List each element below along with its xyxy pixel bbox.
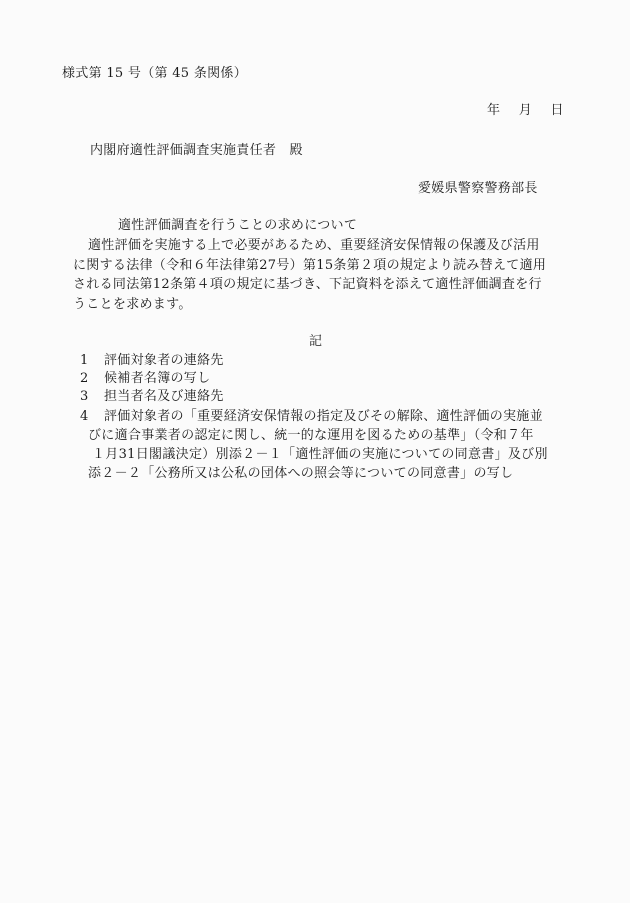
date-line: 年 月 日 bbox=[487, 103, 564, 119]
item-number: 1 bbox=[80, 353, 88, 369]
form-number: 様式第 15 号（第 45 条関係） bbox=[62, 66, 247, 82]
body-line: される同法第12条第４項の規定に基づき、下記資料を添えて適性評価調査を行 bbox=[73, 277, 542, 293]
body-line: に関する法律（令和６年法律第27号）第15条第２項の規定より読み替えて適用 bbox=[73, 258, 546, 274]
date-day-label: 日 bbox=[551, 103, 564, 118]
item-number: 2 bbox=[80, 371, 88, 387]
sender: 愛媛県警察警務部長 bbox=[418, 181, 538, 197]
addressee: 内閣府適性評価調査実施責任者 殿 bbox=[90, 143, 303, 159]
list-item: 2 候補者名簿の写し bbox=[0, 371, 630, 387]
item-continuation: 添２－２「公務所又は公私の団体への照会等についての同意書」の写し bbox=[88, 466, 513, 482]
ki-heading: 記 bbox=[309, 334, 322, 350]
item-text: 評価対象者の「重要経済安保情報の指定及びその解除、適性評価の実施並 bbox=[104, 409, 543, 425]
body-line: 適性評価を実施する上で必要があるため、重要経済安保情報の保護及び活用 bbox=[88, 238, 540, 254]
list-item: 1 評価対象者の連絡先 bbox=[0, 353, 630, 369]
subject-title: 適性評価調査を行うことの求めについて bbox=[118, 218, 357, 234]
item-number: 4 bbox=[80, 409, 88, 425]
item-text: 担当者名及び連絡先 bbox=[104, 389, 224, 405]
item-continuation: １月31日閣議決定）別添２－１「適性評価の実施についての同意書」及び別 bbox=[92, 447, 548, 463]
list-item: 3 担当者名及び連絡先 bbox=[0, 389, 630, 405]
date-month-label: 月 bbox=[519, 103, 532, 118]
item-continuation: びに適合事業者の認定に関し、統一的な運用を図るための基準」（令和７年 bbox=[88, 428, 534, 444]
body-line: うことを求めます。 bbox=[73, 297, 192, 313]
item-text: 候補者名簿の写し bbox=[104, 371, 210, 387]
date-year-label: 年 bbox=[487, 103, 500, 118]
item-text: 評価対象者の連絡先 bbox=[104, 353, 224, 369]
list-item: 4 評価対象者の「重要経済安保情報の指定及びその解除、適性評価の実施並 bbox=[0, 409, 630, 425]
item-number: 3 bbox=[80, 389, 88, 405]
